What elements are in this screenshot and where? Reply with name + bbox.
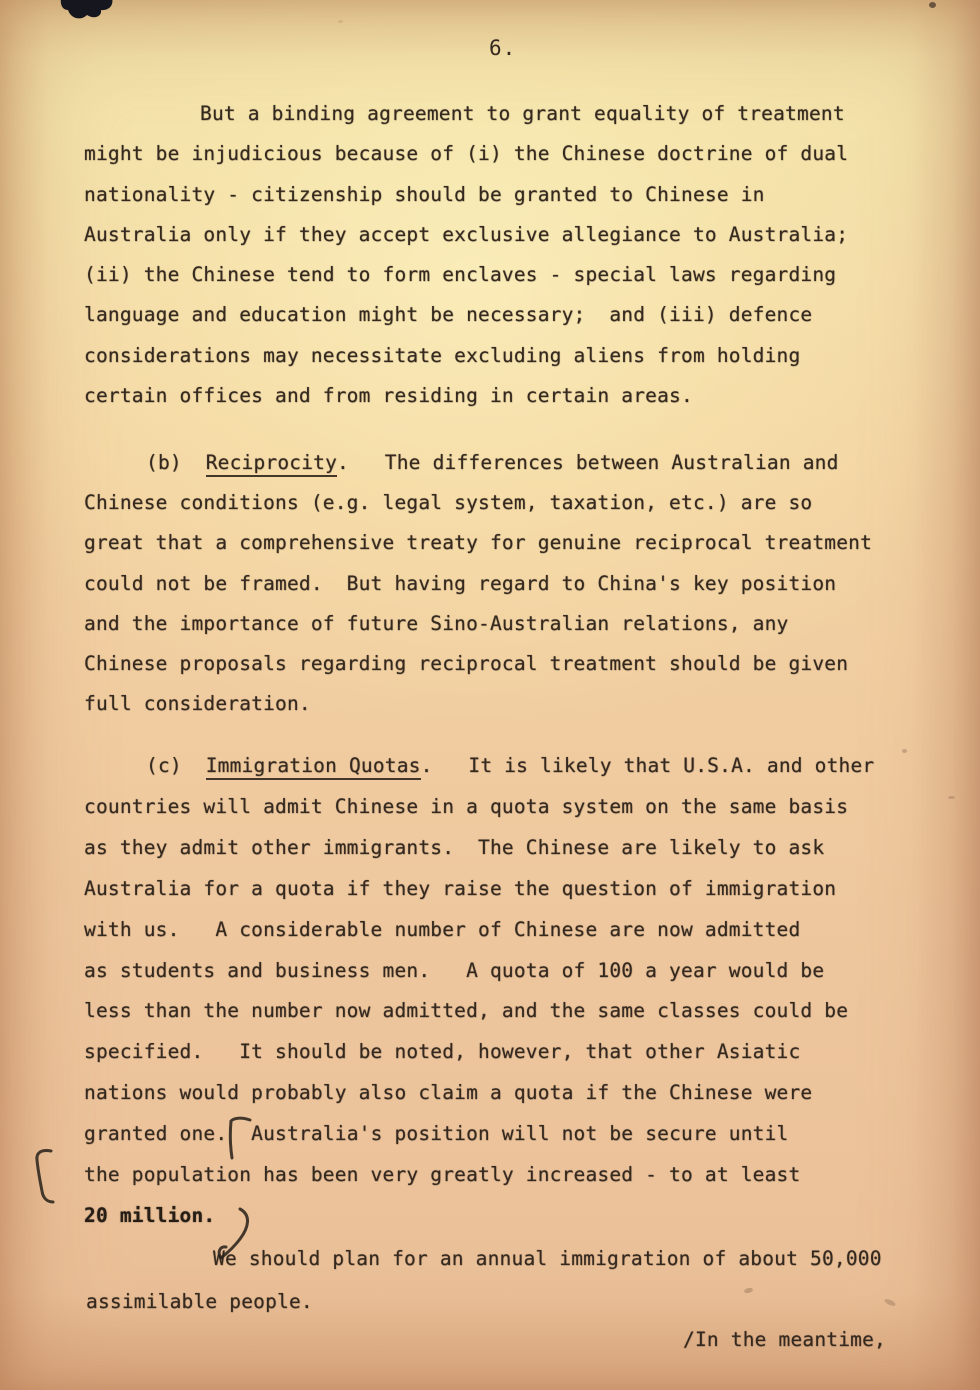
- paper-speck: [948, 796, 955, 799]
- section-b-reciprocity: (b) Reciprocity. The differences between…: [84, 443, 872, 724]
- text-line: full consideration.: [84, 684, 872, 724]
- underlined-heading: Immigration Quotas: [206, 754, 421, 780]
- heading-continuation: . It is likely that U.S.A. and other: [421, 754, 875, 777]
- section-label: (b): [146, 451, 206, 474]
- paper-speck: [884, 1298, 897, 1308]
- text-line: could not be framed. But having regard t…: [84, 564, 872, 604]
- text-line: language and education might be necessar…: [84, 295, 848, 335]
- text-line: less than the number now admitted, and t…: [84, 991, 874, 1032]
- text-line: certain offices and from residing in cer…: [84, 376, 848, 416]
- text-line: might be injudicious because of (i) the …: [84, 134, 848, 174]
- text-line: with us. A considerable number of Chines…: [84, 910, 874, 951]
- pen-closing-squiggle: [212, 1206, 254, 1266]
- text-line: as students and business men. A quota of…: [84, 951, 874, 992]
- text-line: the population has been very greatly inc…: [84, 1155, 874, 1196]
- text-line: We should plan for an annual immigration…: [86, 1238, 882, 1281]
- text-line: specified. It should be noted, however, …: [84, 1032, 874, 1073]
- hole-punch-mark: [56, 0, 116, 24]
- paper-speck: [929, 2, 936, 8]
- paragraph-annual-immigration-plan: We should plan for an annual immigration…: [86, 1238, 882, 1323]
- text-line: and the importance of future Sino-Austra…: [84, 604, 872, 644]
- text-segment: Australia's position will not be secure …: [251, 1122, 788, 1145]
- text-line: Australia for a quota if they raise the …: [84, 869, 874, 910]
- text-line: nations would probably also claim a quot…: [84, 1073, 874, 1114]
- paper-speck: [902, 749, 907, 753]
- section-label: (c): [146, 754, 206, 777]
- text-line: great that a comprehensive treaty for ge…: [84, 523, 872, 563]
- margin-pen-bracket: [30, 1147, 60, 1207]
- text-line: countries will admit Chinese in a quota …: [84, 787, 874, 828]
- paragraph-binding-agreement: But a binding agreement to grant equalit…: [84, 94, 848, 416]
- text-line: (ii) the Chinese tend to form enclaves -…: [84, 255, 848, 295]
- text-line: Chinese conditions (e.g. legal system, t…: [84, 483, 872, 523]
- continuation-note: /In the meantime,: [683, 1320, 886, 1360]
- text-line: assimilable people.: [86, 1281, 882, 1324]
- paper-speck: [338, 20, 343, 23]
- text-line: as they admit other immigrants. The Chin…: [84, 828, 874, 869]
- scanned-typewritten-document-page: 6. But a binding agreement to grant equa…: [0, 0, 980, 1390]
- section-c-immigration-quotas: (c) Immigration Quotas. It is likely tha…: [84, 746, 874, 1237]
- text-line-with-pen-bracket: granted one. Australia's position will n…: [84, 1114, 874, 1155]
- section-heading-line: (c) Immigration Quotas. It is likely tha…: [84, 746, 874, 787]
- inline-pen-open-bracket: [226, 1114, 254, 1162]
- underlined-heading: Reciprocity: [206, 451, 337, 477]
- text-line: nationality - citizenship should be gran…: [84, 175, 848, 215]
- emphasized-text-line: 20 million.: [84, 1196, 874, 1237]
- page-number: 6.: [489, 36, 516, 60]
- text-line: Australia only if they accept exclusive …: [84, 215, 848, 255]
- heading-continuation: . The differences between Australian and: [337, 451, 838, 474]
- section-heading-line: (b) Reciprocity. The differences between…: [84, 443, 872, 483]
- text-line: Chinese proposals regarding reciprocal t…: [84, 644, 872, 684]
- text-line: But a binding agreement to grant equalit…: [84, 94, 848, 134]
- text-line: considerations may necessitate excluding…: [84, 336, 848, 376]
